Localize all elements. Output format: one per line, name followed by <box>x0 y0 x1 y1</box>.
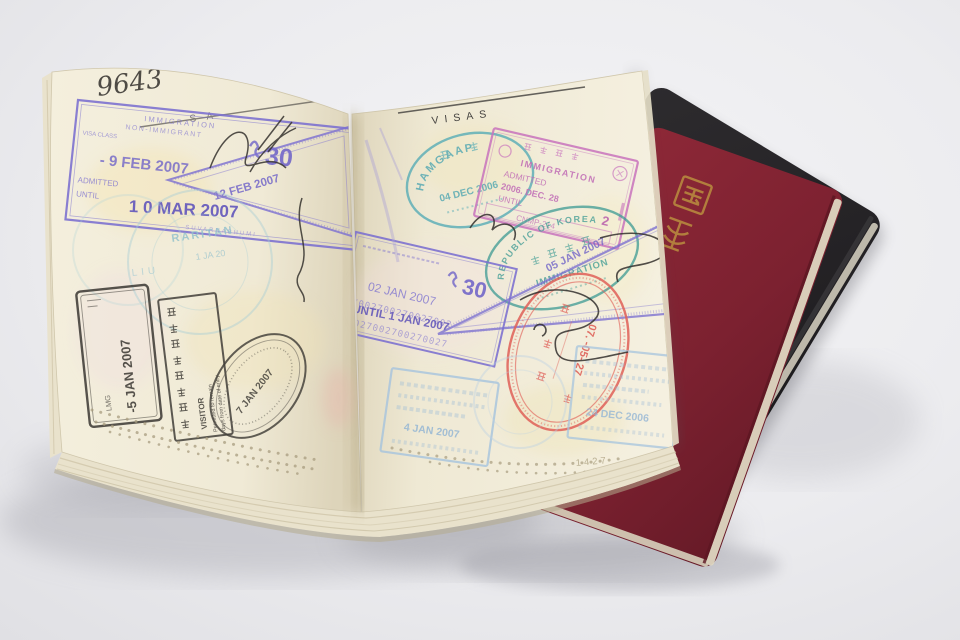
passport-photo: S A IMMIGRATION NON-IMMIGRANT VISA CLASS… <box>0 0 960 640</box>
black-stamp-code: LMG <box>103 394 114 411</box>
open-passport: S A IMMIGRATION NON-IMMIGRANT VISA CLASS… <box>42 64 710 542</box>
photo-canvas: S A IMMIGRATION NON-IMMIGRANT VISA CLASS… <box>0 0 960 640</box>
